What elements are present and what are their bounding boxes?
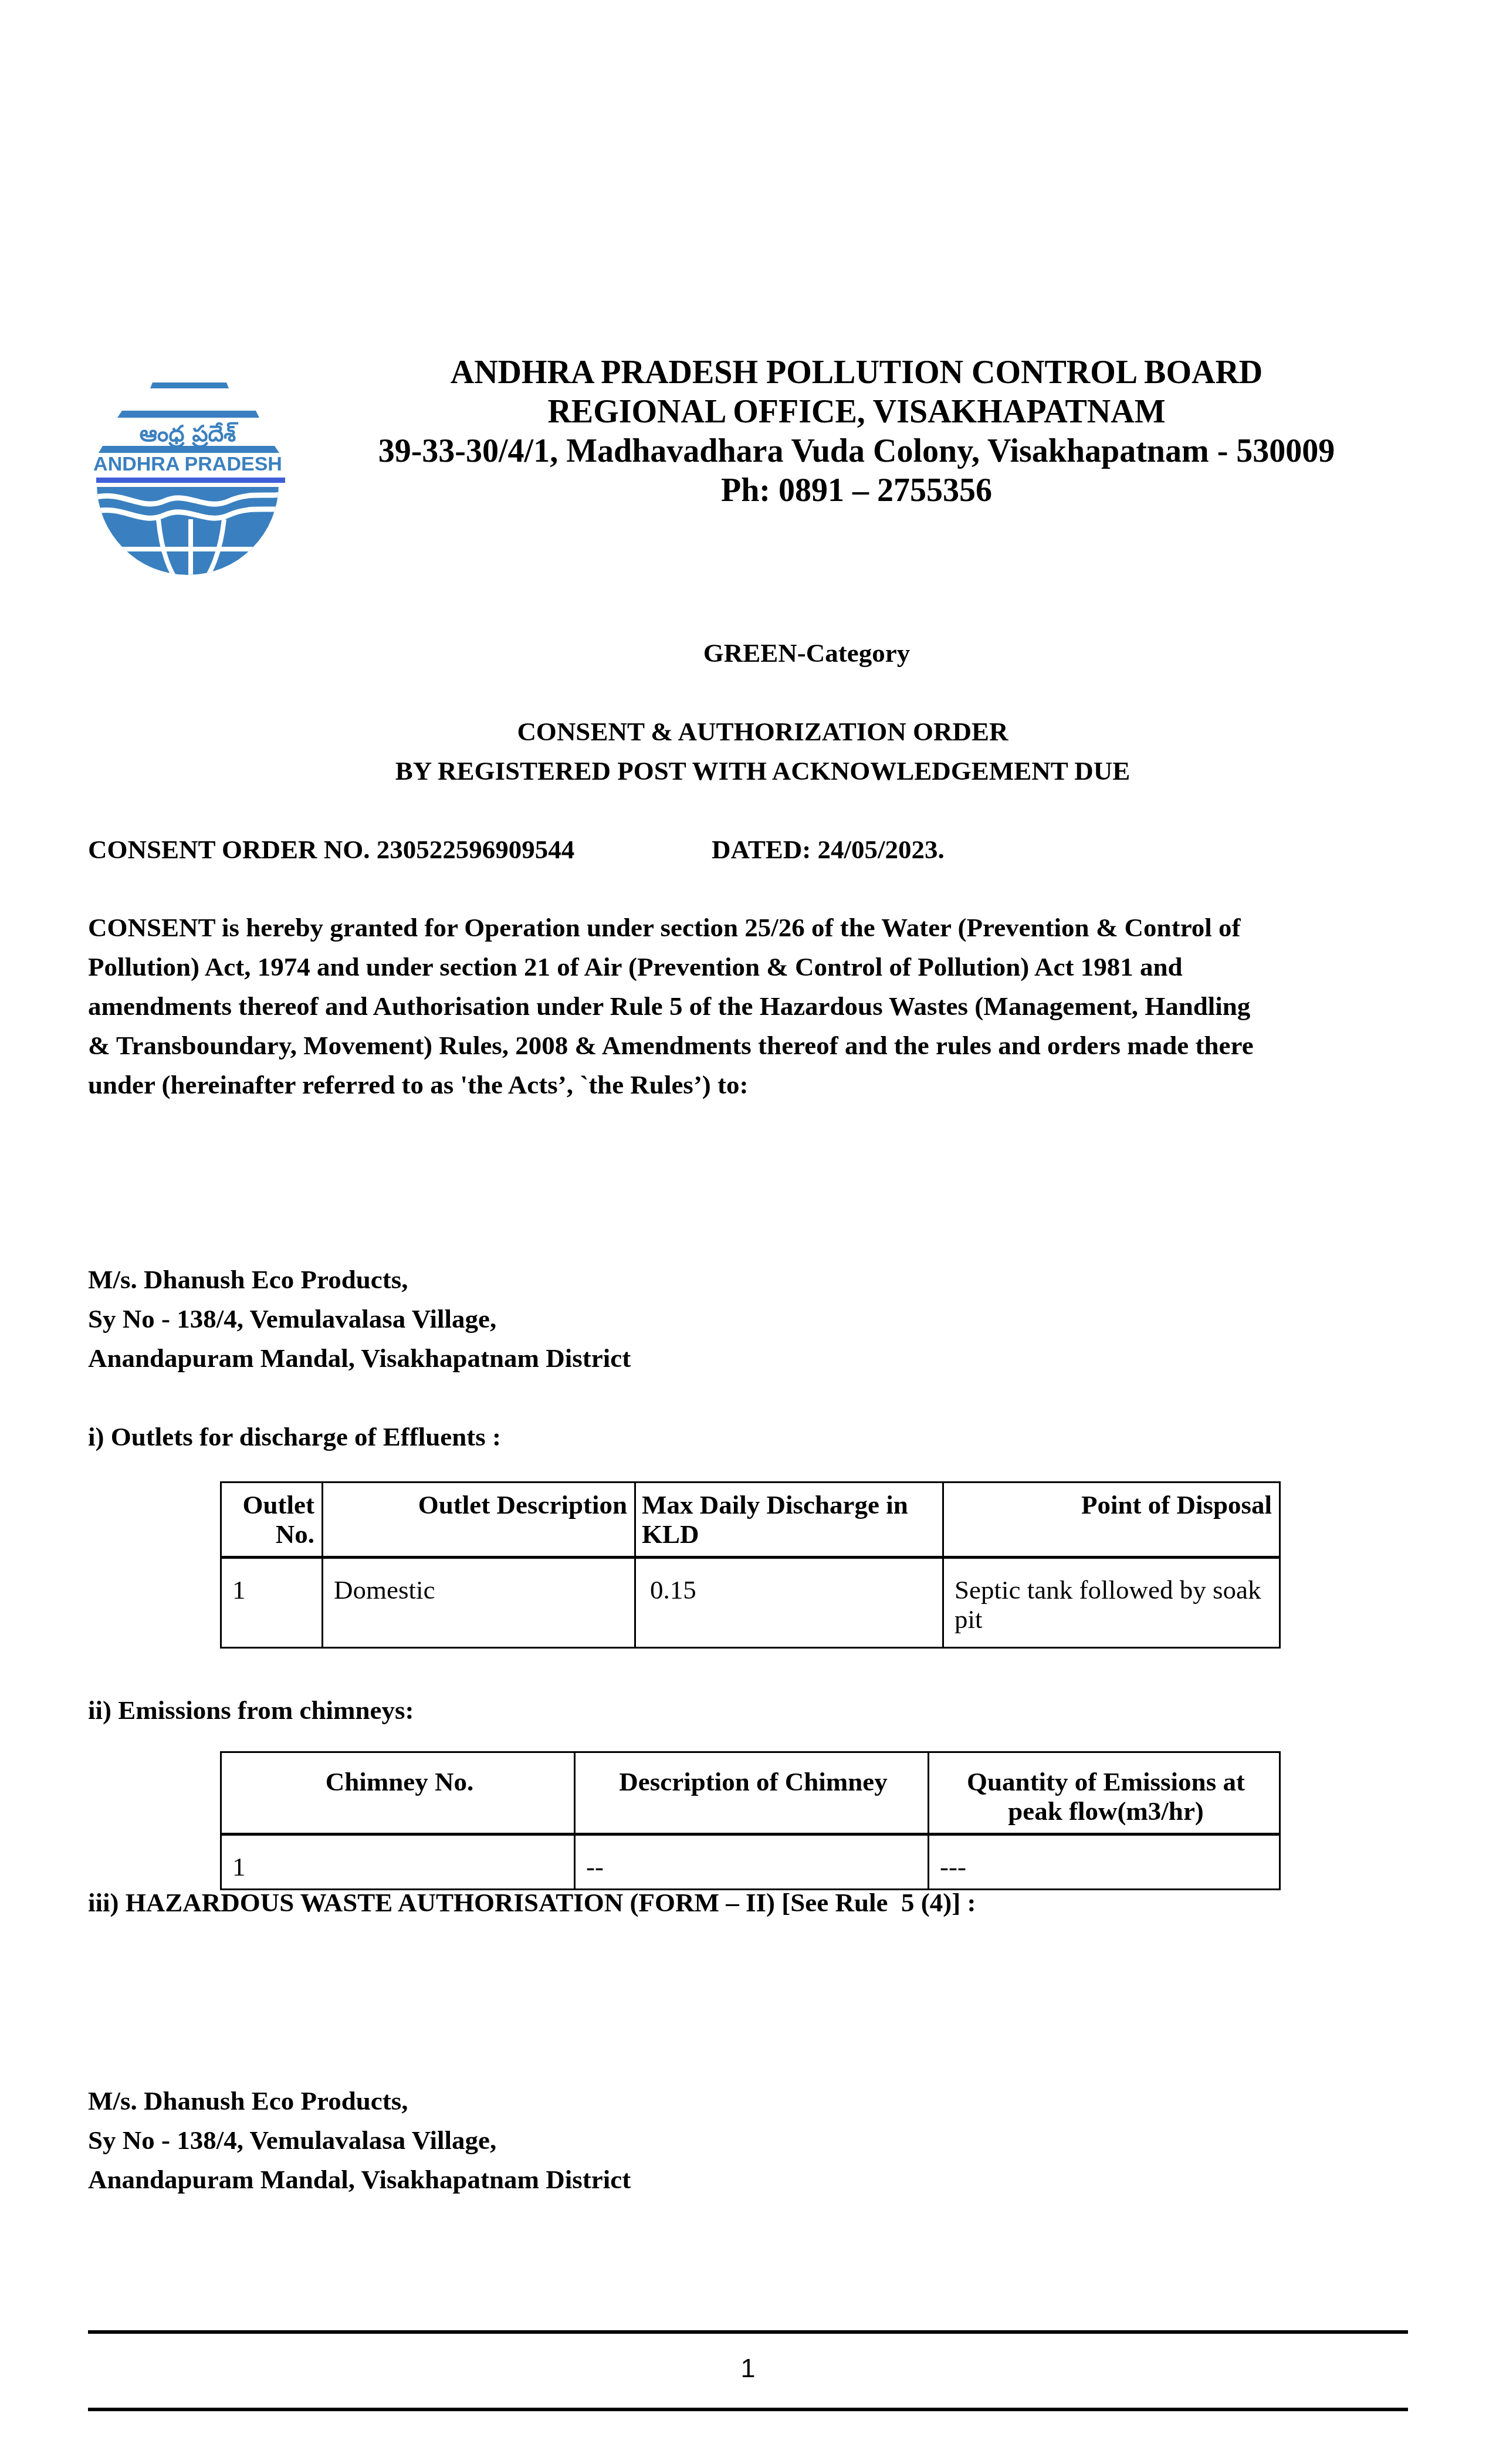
effluents-table: Outlet No. Outlet Description Max Daily … (220, 1481, 1281, 1649)
svg-text:ఆంధ్ర ప్రదేశ్: ఆంధ్ర ప్రదేశ్ (140, 421, 238, 448)
addressee-name: M/s. Dhanush Eco Products, (88, 1260, 408, 1299)
paragraph-line: & Transboundary, Movement) Rules, 2008 &… (88, 1026, 1437, 1065)
chimney-no: 1 (221, 1835, 575, 1890)
col-chimney-description: Description of Chimney (575, 1752, 929, 1835)
apcb-logo: ఆంధ్ర ప్రదేశ్ ANDHRA PRADESH (88, 375, 287, 587)
category-label: GREEN-Category (59, 634, 1496, 673)
table-row: 1 -- --- (221, 1835, 1280, 1890)
chimney-description: -- (575, 1835, 929, 1890)
addressee-location-2: Anandapuram Mandal, Visakhapatnam Distri… (88, 2160, 631, 2199)
org-name: ANDHRA PRADESH POLLUTION CONTROL BOARD (329, 353, 1385, 392)
footer-rule-top (88, 2330, 1408, 2334)
order-date: DATED: 24/05/2023. (712, 830, 945, 869)
apcb-logo-icon: ఆంధ్ర ప్రదేశ్ ANDHRA PRADESH (88, 375, 287, 587)
emissions-table: Chimney No. Description of Chimney Quant… (220, 1751, 1281, 1890)
table-row: 1 Domestic 0.15 Septic tank followed by … (221, 1558, 1280, 1648)
order-title: CONSENT & AUTHORIZATION ORDER (15, 712, 1496, 752)
consent-order-number: CONSENT ORDER NO. 230522596909544 (88, 830, 574, 869)
office-phone: Ph: 0891 – 2755356 (329, 471, 1385, 510)
col-outlet-description: Outlet Description (323, 1483, 635, 1558)
effluents-heading: i) Outlets for discharge of Effluents : (88, 1417, 501, 1457)
paragraph-line: CONSENT is hereby granted for Operation … (88, 908, 1437, 947)
col-max-discharge: Max Daily Discharge in KLD (635, 1483, 943, 1558)
regional-office: REGIONAL OFFICE, VISAKHAPATNAM (329, 392, 1385, 432)
point-of-disposal: Septic tank followed by soak pit (943, 1558, 1280, 1648)
emission-quantity: --- (929, 1835, 1280, 1890)
addressee-survey: Sy No - 138/4, Vemulavalasa Village, (88, 1299, 496, 1339)
max-discharge: 0.15 (635, 1558, 943, 1648)
emissions-heading: ii) Emissions from chimneys: (88, 1691, 414, 1730)
svg-text:ANDHRA PRADESH: ANDHRA PRADESH (93, 453, 282, 475)
page-number: 1 (0, 2354, 1496, 2383)
office-address: 39-33-30/4/1, Madhavadhara Vuda Colony, … (329, 432, 1385, 471)
footer-rule-bottom (88, 2408, 1408, 2411)
addressee-survey-2: Sy No - 138/4, Vemulavalasa Village, (88, 2121, 496, 2160)
col-point-of-disposal: Point of Disposal (943, 1483, 1280, 1558)
paragraph-line: Pollution) Act, 1974 and under section 2… (88, 947, 1437, 987)
col-outlet-no: Outlet No. (221, 1483, 323, 1558)
order-subtitle: BY REGISTERED POST WITH ACKNOWLEDGEMENT … (15, 752, 1496, 791)
addressee-location: Anandapuram Mandal, Visakhapatnam Distri… (88, 1339, 631, 1378)
paragraph-line: amendments thereof and Authorisation und… (88, 987, 1437, 1026)
consent-paragraph: CONSENT is hereby granted for Operation … (88, 908, 1437, 1105)
col-emission-quantity: Quantity of Emissions at peak flow(m3/hr… (929, 1752, 1280, 1835)
hazardous-waste-heading: iii) HAZARDOUS WASTE AUTHORISATION (FORM… (88, 1883, 976, 1923)
addressee-name-2: M/s. Dhanush Eco Products, (88, 2081, 408, 2121)
outlet-description: Domestic (323, 1558, 635, 1648)
paragraph-line: under (hereinafter referred to as 'the A… (88, 1065, 1437, 1105)
col-chimney-no: Chimney No. (221, 1752, 575, 1835)
outlet-no: 1 (221, 1558, 323, 1648)
